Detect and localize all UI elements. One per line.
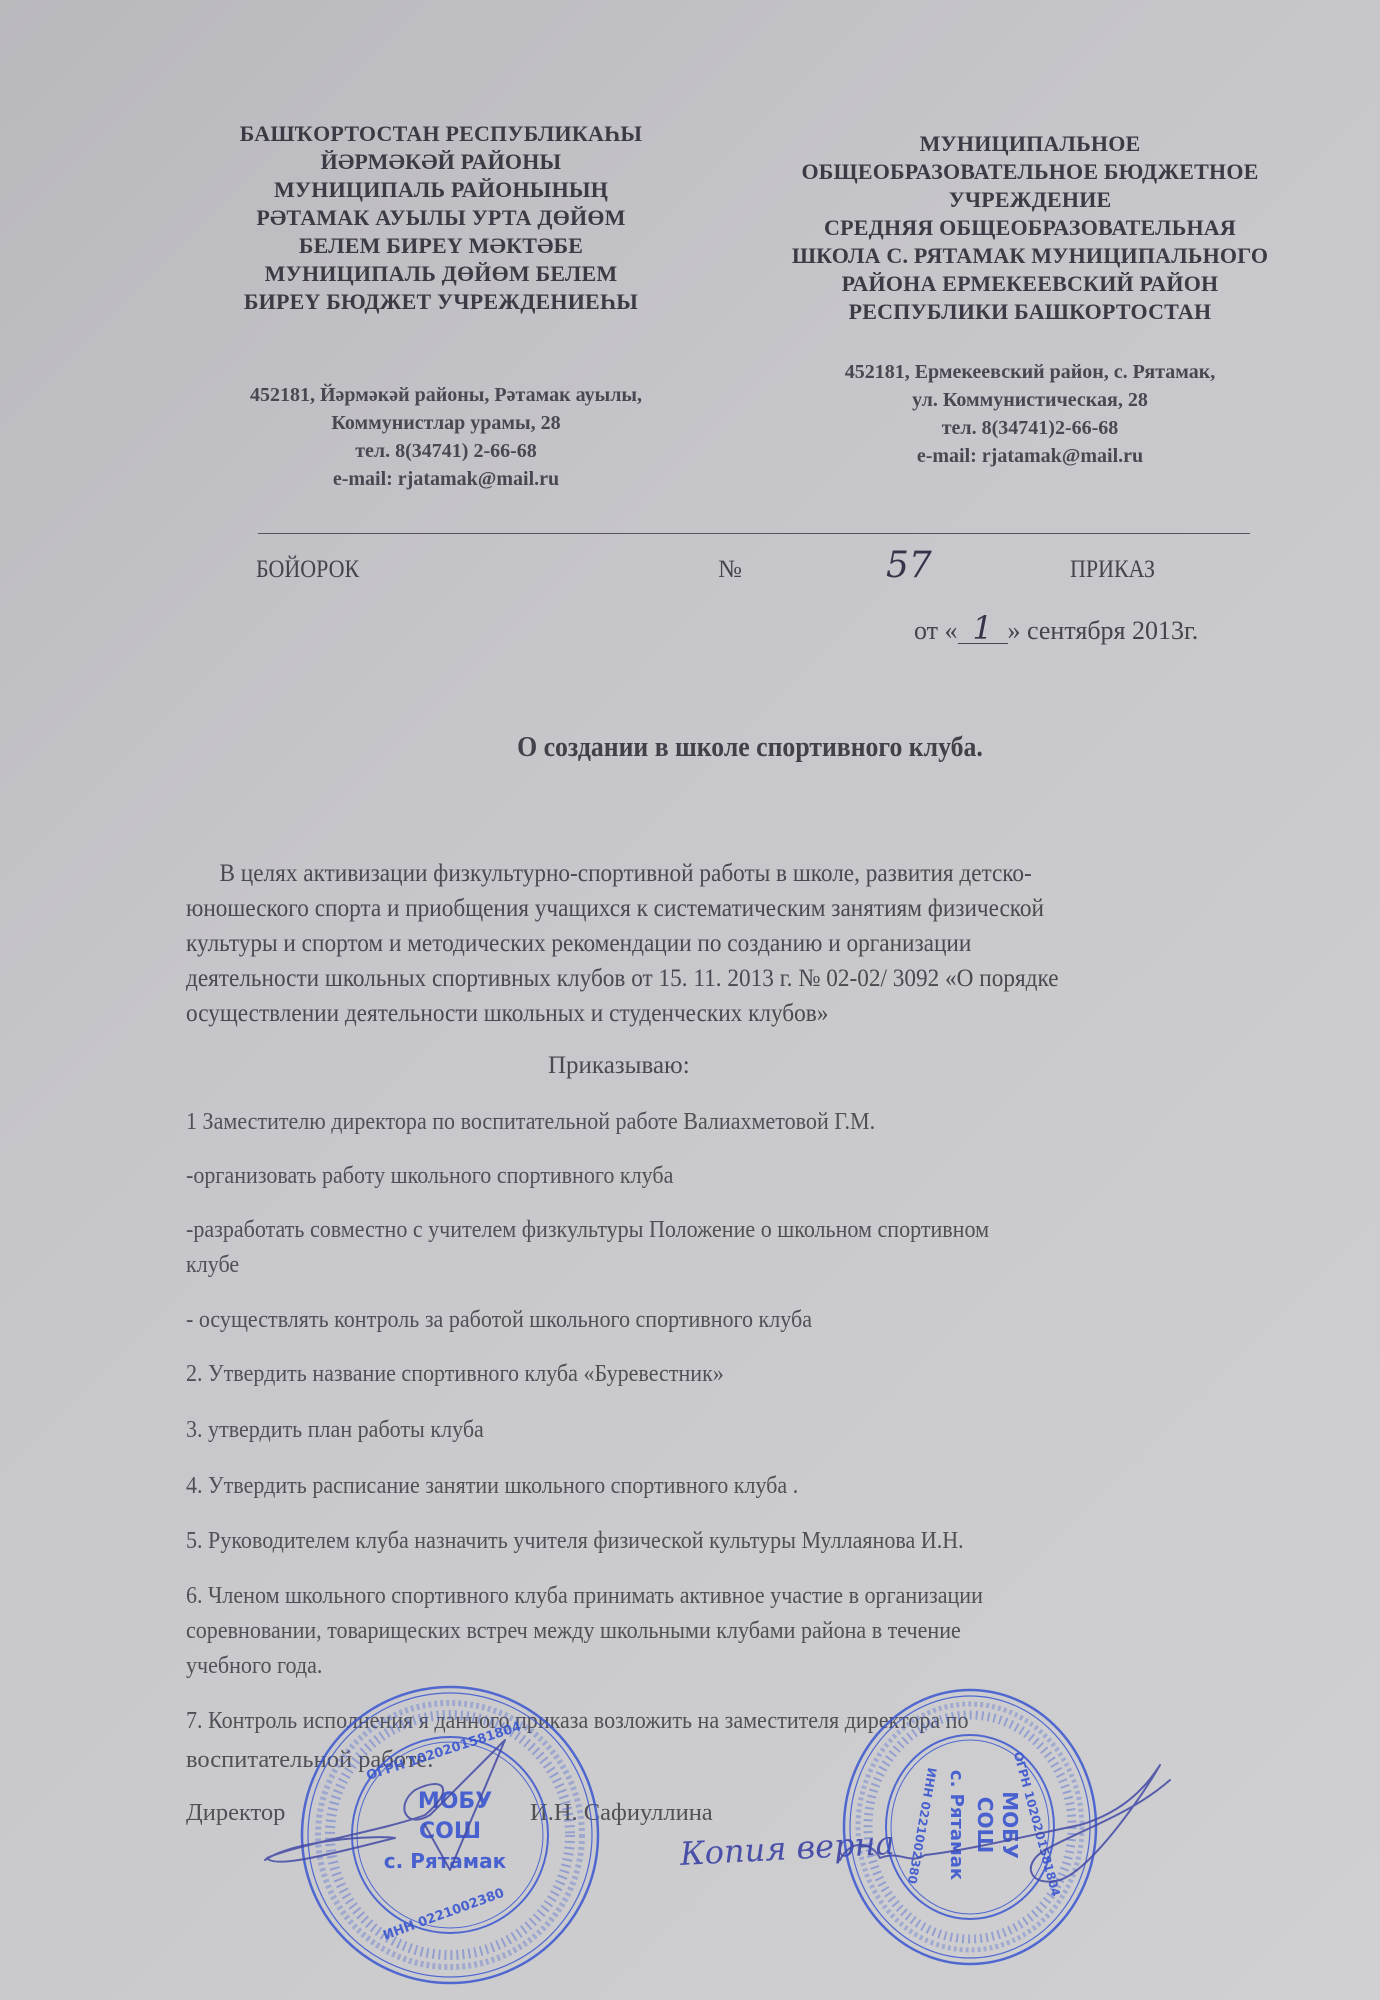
order-number: 57	[886, 545, 932, 586]
header-right-address: 452181, Ермекеевский район, с. Рятамак, …	[770, 358, 1290, 470]
copy-signature	[830, 1740, 1190, 1900]
header-right-org: МУНИЦИПАЛЬНОЕ ОБЩЕОБРАЗОВАТЕЛЬНОЕ БЮДЖЕТ…	[760, 130, 1300, 326]
org-line: СРЕДНЯЯ ОБЩЕОБРАЗОВАТЕЛЬНАЯ	[760, 214, 1300, 242]
address-line: Коммунистлар урамы, 28	[196, 409, 696, 437]
org-line: БАШҠОРТОСТАН РЕСПУБЛИКАҺЫ	[196, 120, 686, 148]
item-4: 4. Утвердить расписание занятии школьног…	[186, 1468, 798, 1503]
preamble-line: В целях активизации физкультурно-спортив…	[186, 856, 1218, 891]
date-prefix: от «	[914, 616, 958, 645]
item-6: 6. Членом школьного спортивного клуба пр…	[186, 1578, 983, 1613]
item-5: 5. Руководителем клуба назначить учителя…	[186, 1523, 964, 1558]
header-divider	[258, 533, 1250, 534]
org-line: ШКОЛА С. РЯТАМАК МУНИЦИПАЛЬНОГО	[760, 242, 1300, 270]
header-left-address: 452181, Йәрмәкәй районы, Рәтамак ауылы, …	[196, 381, 696, 493]
item-1-sub-a: -организовать работу школьного спортивно…	[186, 1158, 673, 1193]
address-line: тел. 8(34741) 2-66-68	[196, 437, 696, 465]
org-line: МУНИЦИПАЛЬ РАЙОНЫНЫҢ	[196, 176, 686, 204]
preamble-line: деятельности школьных спортивных клубов …	[186, 961, 1218, 996]
item-1: 1 Заместителю директора по воспитательно…	[186, 1104, 875, 1139]
stamp-inn: ИНН 0221002380	[381, 1886, 506, 1944]
preamble: В целях активизации физкультурно-спортив…	[186, 856, 1218, 1031]
item-2: 2. Утвердить название спортивного клуба …	[186, 1356, 724, 1391]
header-left-org: БАШҠОРТОСТАН РЕСПУБЛИКАҺЫ ЙӘРМӘКӘЙ РАЙОН…	[196, 120, 686, 316]
address-line: 452181, Ермекеевский район, с. Рятамак,	[770, 358, 1290, 386]
item-1-sub-c: - осуществлять контроль за работой школь…	[186, 1302, 812, 1337]
org-line: РЕСПУБЛИКИ БАШКОРТОСТАН	[760, 298, 1300, 326]
director-signature	[255, 1720, 575, 1880]
order-word: Приказываю:	[548, 1052, 690, 1080]
item-6-cont: учебного года.	[186, 1648, 322, 1683]
preamble-line: культуры и спортом и методических рекоме…	[186, 926, 1218, 961]
org-line: МУНИЦИПАЛЬНОЕ	[760, 130, 1300, 158]
preamble-line: юношеского спорта и приобщения учащихся …	[186, 891, 1218, 926]
org-line: УЧРЕЖДЕНИЕ	[760, 186, 1300, 214]
item-6-cont: соревновании, товарищеских встреч между …	[186, 1613, 961, 1648]
address-line: тел. 8(34741)2-66-68	[770, 414, 1290, 442]
org-line: РӘТАМАК АУЫЛЫ УРТА ДӨЙӨМ	[196, 204, 686, 232]
org-line: БИРЕҮ БЮДЖЕТ УЧРЕЖДЕНИЕҺЫ	[196, 288, 686, 316]
item-1-sub-b: -разработать совместно с учителем физкул…	[186, 1212, 989, 1247]
org-line: БЕЛЕМ БИРЕҮ МӘКТӘБЕ	[196, 232, 686, 260]
preamble-line: осуществлении деятельности школьных и ст…	[186, 996, 1218, 1031]
item-3: 3. утвердить план работы клуба	[186, 1412, 484, 1447]
number-sign: №	[718, 556, 742, 584]
item-1-sub-b-cont: клубе	[186, 1247, 239, 1282]
address-line: ул. Коммунистическая, 28	[770, 386, 1290, 414]
order-date: от «1» сентября 2013г.	[914, 613, 1198, 646]
email-line: e-mail: rjatamak@mail.ru	[196, 465, 696, 493]
label-boyorok: БОЙОРОК	[256, 556, 359, 584]
org-line: ЙӘРМӘКӘЙ РАЙОНЫ	[196, 148, 686, 176]
label-prikaz: ПРИКАЗ	[1070, 556, 1155, 584]
date-suffix: » сентября 2013г.	[1008, 616, 1199, 645]
org-line: МУНИЦИПАЛЬ ДӨЙӨМ БЕЛЕМ	[196, 260, 686, 288]
org-line: РАЙОНА ЕРМЕКЕЕВСКИЙ РАЙОН	[760, 270, 1300, 298]
address-line: 452181, Йәрмәкәй районы, Рәтамак ауылы,	[196, 381, 696, 409]
email-line: e-mail: rjatamak@mail.ru	[770, 442, 1290, 470]
date-day: 1	[958, 613, 1008, 644]
org-line: ОБЩЕОБРАЗОВАТЕЛЬНОЕ БЮДЖЕТНОЕ	[760, 158, 1300, 186]
document-title: О создании в школе спортивного клуба.	[60, 732, 1380, 764]
